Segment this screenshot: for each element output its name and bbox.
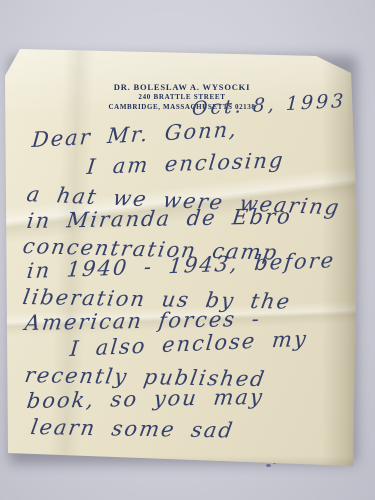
letterhead-name: DR. BOLESLAW A. WYSOCKI (52, 82, 312, 93)
photo-of-handwritten-letter: DR. BOLESLAW A. WYSOCKI 240 BRATTLE STRE… (0, 0, 375, 500)
letter-paper: DR. BOLESLAW A. WYSOCKI 240 BRATTLE STRE… (2, 46, 360, 472)
ink-speck (266, 464, 271, 467)
handwritten-line: in Miranda de Ebro (26, 204, 294, 233)
handwritten-line: learn some sad (29, 415, 236, 442)
handwritten-line: book, so you may (26, 385, 266, 413)
